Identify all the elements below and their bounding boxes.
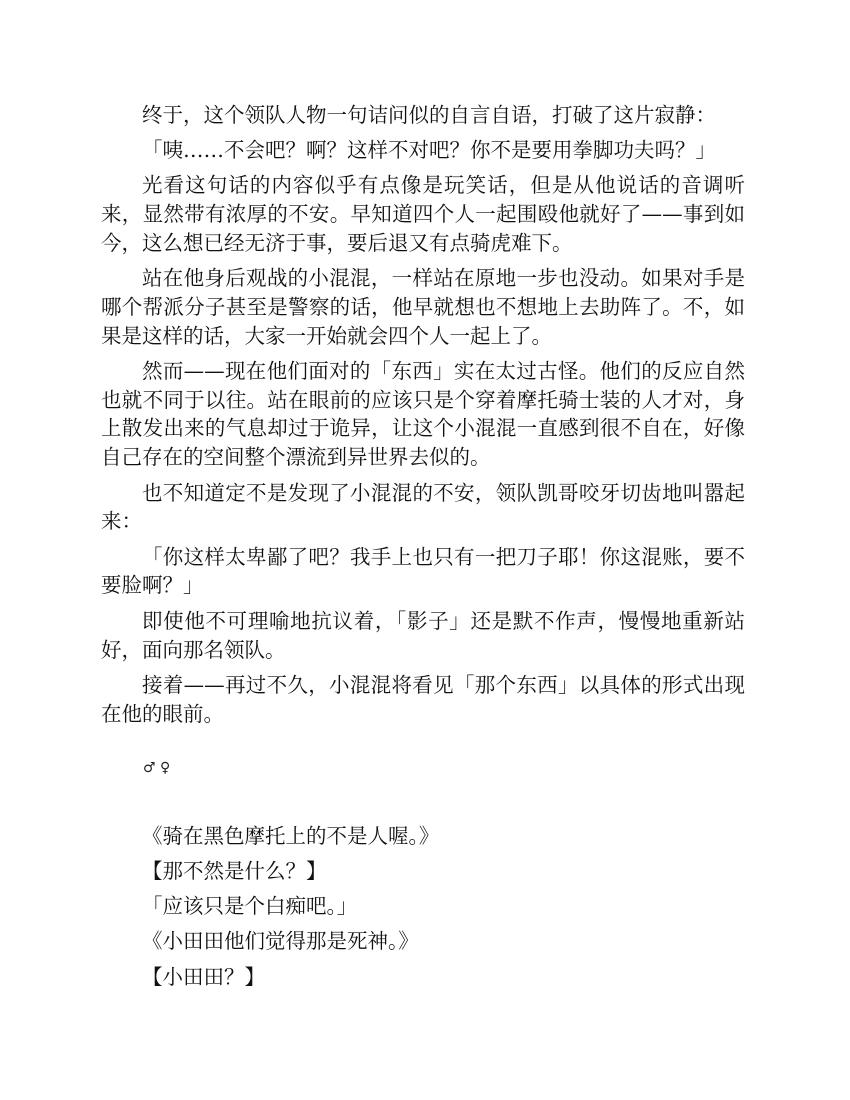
dialogue-paragraph: 「咦……不会吧？啊？这样不对吧？你不是要用拳脚功夫吗？」 [101, 136, 745, 165]
section-separator-gender-symbols-icon: ♂ ♀ [143, 758, 170, 778]
text-line: 然而——现在他们面对的「东西」实在太过古怪。他们的反应自然 [101, 357, 745, 386]
text-line: 光看这句话的内容似乎有点像是玩笑话，但是从他说话的音调听 [101, 171, 745, 200]
text-line: 《骑在黑色摩托上的不是人喔。》 [101, 822, 745, 851]
text-line: 《小田田他们觉得那是死神。》 [101, 927, 745, 956]
paragraph: 站在他身后观战的小混混，一样站在原地一步也没动。如果对手是 哪个帮派分子甚至是警… [101, 264, 745, 350]
text-line: 接着——再过不久，小混混将看见「那个东西」以具体的形式出现 [101, 671, 745, 700]
text-line: 来，显然带有浓厚的不安。早知道四个人一起围殴他就好了——事到如 [101, 200, 745, 229]
text-line: 好，面向那名领队。 [101, 636, 745, 665]
dialogue-paragraph: 【小田田？】 [101, 963, 745, 992]
dialogue-section: 《骑在黑色摩托上的不是人喔。》 【那不然是什么？】 「应该只是个白痴吧。」 《小… [101, 822, 745, 998]
paragraph: 然而——现在他们面对的「东西」实在太过古怪。他们的反应自然 也就不同于以往。站在… [101, 357, 745, 472]
text-line: 今，这么想已经无济于事，要后退又有点骑虎难下。 [101, 229, 745, 258]
text-line: 也不知道定不是发现了小混混的不安，领队凯哥咬牙切齿地叫嚣起 [101, 479, 745, 508]
text-line: 【那不然是什么？】 [101, 857, 745, 886]
text-line: 【小田田？】 [101, 963, 745, 992]
text-line: 哪个帮派分子甚至是警察的话，他早就想也不想地上去助阵了。不，如 [101, 293, 745, 322]
dialogue-paragraph: 「应该只是个白痴吧。」 [101, 892, 745, 921]
text-line: 也就不同于以往。站在眼前的应该只是个穿着摩托骑士装的人才对，身 [101, 386, 745, 415]
text-line: 上散发出来的气息却过于诡异，让这个小混混一直感到很不自在，好像 [101, 414, 745, 443]
text-line: 果是这样的话，大家一开始就会四个人一起上了。 [101, 322, 745, 351]
paragraph: 接着——再过不久，小混混将看见「那个东西」以具体的形式出现 在他的眼前。 [101, 671, 745, 729]
text-line: 站在他身后观战的小混混，一样站在原地一步也没动。如果对手是 [101, 264, 745, 293]
text-line: 要脸啊？」 [101, 571, 745, 600]
text-line: 「咦……不会吧？啊？这样不对吧？你不是要用拳脚功夫吗？」 [101, 136, 745, 165]
document-page: 终于，这个领队人物一句诘问似的自言自语，打破了这片寂静： 「咦……不会吧？啊？这… [0, 0, 850, 1100]
text-line: 「应该只是个白痴吧。」 [101, 892, 745, 921]
dialogue-paragraph: 《小田田他们觉得那是死神。》 [101, 927, 745, 956]
text-line: 即使他不可理喻地抗议着，「影子」还是默不作声，慢慢地重新站 [101, 607, 745, 636]
paragraph: 光看这句话的内容似乎有点像是玩笑话，但是从他说话的音调听 来，显然带有浓厚的不安… [101, 171, 745, 257]
dialogue-paragraph: 【那不然是什么？】 [101, 857, 745, 886]
text-line: 来： [101, 507, 745, 536]
text-line: 在他的眼前。 [101, 700, 745, 729]
text-line: 「你这样太卑鄙了吧？我手上也只有一把刀子耶！你这混账，要不 [101, 543, 745, 572]
narrative-section: 终于，这个领队人物一句诘问似的自言自语，打破了这片寂静： 「咦……不会吧？啊？这… [101, 101, 745, 735]
dialogue-paragraph: 「你这样太卑鄙了吧？我手上也只有一把刀子耶！你这混账，要不 要脸啊？」 [101, 543, 745, 601]
paragraph: 即使他不可理喻地抗议着，「影子」还是默不作声，慢慢地重新站 好，面向那名领队。 [101, 607, 745, 665]
paragraph: 也不知道定不是发现了小混混的不安，领队凯哥咬牙切齿地叫嚣起 来： [101, 479, 745, 537]
paragraph: 终于，这个领队人物一句诘问似的自言自语，打破了这片寂静： [101, 101, 745, 130]
text-line: 终于，这个领队人物一句诘问似的自言自语，打破了这片寂静： [101, 101, 745, 130]
text-line: 自己存在的空间整个漂流到异世界去似的。 [101, 443, 745, 472]
dialogue-paragraph: 《骑在黑色摩托上的不是人喔。》 [101, 822, 745, 851]
